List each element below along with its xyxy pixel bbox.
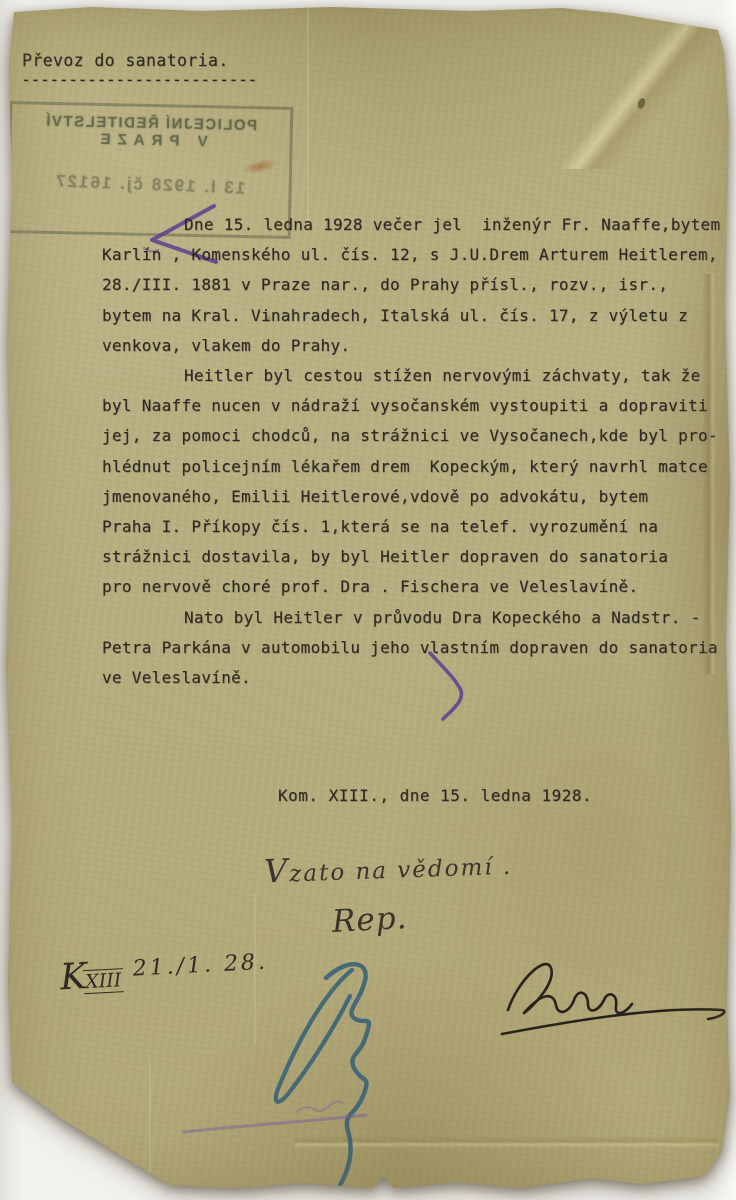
typed-line: ve Veleslavíně. xyxy=(102,663,720,693)
faded-purple-scribble xyxy=(178,1102,373,1142)
purple-chevron-right xyxy=(422,648,477,723)
stamp-date-number-line: 13 I. 1928 čj. 16127 xyxy=(10,170,289,201)
typed-line: byl Naaffe nucen v nádraží vysočanském v… xyxy=(102,391,720,421)
file-note-roman: XIII xyxy=(83,968,124,994)
typed-line: Dne 15. ledna 1928 večer jel inženýr Fr.… xyxy=(102,210,720,240)
typed-line: pro nervově choré prof. Dra . Fischera v… xyxy=(102,572,720,602)
typed-line: Heitler byl cestou stížen nervovými zách… xyxy=(102,361,720,391)
typed-line: jmenovaného, Emilii Heitlerové,vdově po … xyxy=(102,482,720,512)
black-ink-signature xyxy=(496,950,731,1045)
handwritten-file-note: KXIII21./1. 28. xyxy=(59,947,269,999)
title-underline: ------------------------- xyxy=(21,70,257,89)
typed-line: strážnici dostavila, by byl Heitler dopr… xyxy=(102,542,720,572)
blue-pencil-signature xyxy=(266,956,416,1198)
handwritten-rep: Rep. xyxy=(331,900,408,940)
document-title: Převoz do sanatoria. xyxy=(22,51,229,70)
typed-line: Nato byl Heitler v průvodu Dra Kopeckého… xyxy=(102,603,720,633)
scanned-document: Převoz do sanatoria. -------------------… xyxy=(0,0,736,1200)
vertical-crease-bottom xyxy=(147,1059,151,1194)
typed-line: jej, za pomoci chodců, na strážnici ve V… xyxy=(102,421,720,451)
file-note-date: 21./1. 28. xyxy=(132,950,268,982)
dark-speck xyxy=(636,97,646,110)
typed-line: Karlín , Komenského ul. čís. 12, s J.U.D… xyxy=(102,240,720,270)
paper-sheet: Převoz do sanatoria. -------------------… xyxy=(2,4,734,1194)
folded-corner-crease xyxy=(559,4,734,169)
commission-dateline: Kom. XIII., dne 15. ledna 1928. xyxy=(278,786,592,805)
vertical-crease-top xyxy=(305,4,309,234)
typed-line: 28./III. 1881 v Praze nar., do Prahy pří… xyxy=(102,270,720,300)
handwritten-acknowledgement: Vzato na vědomí . xyxy=(263,844,512,891)
typed-line: Praha I. Příkopy čís. 1,která se na tele… xyxy=(102,512,720,542)
typed-line: hlédnut policejním lékařem drem Kopeckým… xyxy=(102,452,720,482)
body-text: Dne 15. ledna 1928 večer jel inženýr Fr.… xyxy=(102,210,720,693)
typed-line: bytem na Kral. Vinahradech, Italská ul. … xyxy=(102,301,720,331)
typed-line: Petra Parkána v automobilu jeho vlastním… xyxy=(102,633,720,663)
typed-line: venkova, vlakem do Prahy. xyxy=(102,331,720,361)
